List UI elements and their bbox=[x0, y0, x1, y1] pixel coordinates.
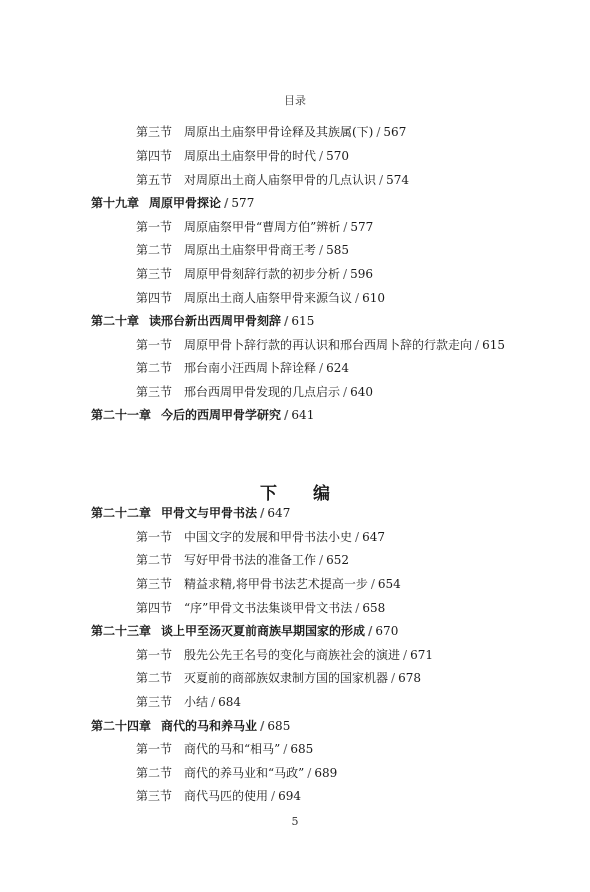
entry-separator: / bbox=[343, 385, 347, 399]
entry-page-number: 671 bbox=[410, 648, 433, 662]
entry-separator: / bbox=[355, 291, 359, 305]
entry-title: 周原庙祭甲骨“曹周方伯”辨析 bbox=[184, 220, 340, 234]
part-title: 下编 bbox=[0, 479, 590, 504]
toc-section-entry: 第二节灭夏前的商部族奴隶制方国的国家机器/678 bbox=[136, 670, 421, 686]
entry-separator: / bbox=[379, 173, 383, 187]
entry-separator: / bbox=[271, 789, 275, 803]
entry-label: 第二节 bbox=[136, 765, 184, 781]
entry-page-number: 585 bbox=[326, 243, 349, 257]
entry-page-number: 670 bbox=[375, 624, 398, 638]
entry-title: 商代马匹的使用 bbox=[184, 789, 268, 803]
entry-separator: / bbox=[319, 149, 323, 163]
entry-page-number: 647 bbox=[362, 530, 385, 544]
entry-title: 商代的马和养马业 bbox=[161, 719, 257, 733]
entry-title: 周原出土商人庙祭甲骨来源刍议 bbox=[184, 291, 352, 305]
entry-title: 今后的西周甲骨学研究 bbox=[161, 408, 281, 422]
entry-page-number: 652 bbox=[326, 553, 349, 567]
entry-page-number: 596 bbox=[350, 267, 373, 281]
entry-title: 精益求精,将甲骨书法艺术提高一步 bbox=[184, 577, 368, 591]
toc-section-entry: 第一节中国文字的发展和甲骨书法小史/647 bbox=[136, 529, 385, 545]
toc-section-entry: 第一节商代的马和“相马”/685 bbox=[136, 741, 313, 757]
entry-label: 第二十章 bbox=[91, 313, 139, 329]
entry-separator: / bbox=[355, 601, 359, 615]
toc-section-entry: 第三节小结/684 bbox=[136, 694, 241, 710]
entry-title: 周原出土庙祭甲骨诠释及其族属(下) bbox=[184, 125, 373, 139]
entry-page-number: 610 bbox=[362, 291, 385, 305]
toc-section-entry: 第二节商代的养马业和“马政”/689 bbox=[136, 765, 337, 781]
entry-title: 谈上甲至汤灭夏前商族早期国家的形成 bbox=[161, 624, 365, 638]
toc-chapter-entry: 第二十四章商代的马和养马业/685 bbox=[91, 718, 290, 734]
entry-label: 第二节 bbox=[136, 670, 184, 686]
entry-label: 第一节 bbox=[136, 647, 184, 663]
entry-page-number: 615 bbox=[291, 314, 314, 328]
toc-section-entry: 第三节周原甲骨刻辞行款的初步分析/596 bbox=[136, 266, 373, 282]
entry-page-number: 567 bbox=[383, 125, 406, 139]
entry-page-number: 570 bbox=[326, 149, 349, 163]
entry-separator: / bbox=[343, 267, 347, 281]
entry-label: 第一节 bbox=[136, 219, 184, 235]
entry-label: 第二十二章 bbox=[91, 505, 151, 521]
entry-label: 第一节 bbox=[136, 741, 184, 757]
entry-page-number: 678 bbox=[398, 671, 421, 685]
entry-title: 小结 bbox=[184, 695, 208, 709]
entry-label: 第四节 bbox=[136, 290, 184, 306]
toc-section-entry: 第四节周原出土庙祭甲骨的时代/570 bbox=[136, 148, 349, 164]
toc-chapter-entry: 第二十三章谈上甲至汤灭夏前商族早期国家的形成/670 bbox=[91, 623, 398, 639]
toc-section-entry: 第三节精益求精,将甲骨书法艺术提高一步/654 bbox=[136, 576, 401, 592]
entry-label: 第三节 bbox=[136, 124, 184, 140]
entry-label: 第二节 bbox=[136, 242, 184, 258]
entry-page-number: 654 bbox=[378, 577, 401, 591]
toc-chapter-entry: 第十九章周原甲骨探论/577 bbox=[91, 195, 254, 211]
entry-separator: / bbox=[211, 695, 215, 709]
entry-separator: / bbox=[376, 125, 380, 139]
entry-separator: / bbox=[283, 742, 287, 756]
entry-title: 读邢台新出西周甲骨刻辞 bbox=[149, 314, 281, 328]
toc-section-entry: 第二节周原出土庙祭甲骨商王考/585 bbox=[136, 242, 349, 258]
entry-title: 甲骨文与甲骨书法 bbox=[161, 506, 257, 520]
entry-label: 第四节 bbox=[136, 600, 184, 616]
toc-section-entry: 第五节对周原出土商人庙祭甲骨的几点认识/574 bbox=[136, 172, 409, 188]
entry-title: 周原出土庙祭甲骨的时代 bbox=[184, 149, 316, 163]
toc-section-entry: 第三节商代马匹的使用/694 bbox=[136, 788, 301, 804]
entry-title: 商代的马和“相马” bbox=[184, 742, 280, 756]
toc-section-entry: 第三节周原出土庙祭甲骨诠释及其族属(下)/567 bbox=[136, 124, 406, 140]
entry-separator: / bbox=[403, 648, 407, 662]
entry-separator: / bbox=[284, 314, 288, 328]
entry-page-number: 577 bbox=[350, 220, 373, 234]
entry-label: 第十九章 bbox=[91, 195, 139, 211]
entry-separator: / bbox=[355, 530, 359, 544]
entry-page-number: 641 bbox=[291, 408, 314, 422]
running-head: 目录 bbox=[0, 92, 590, 108]
entry-title: 对周原出土商人庙祭甲骨的几点认识 bbox=[184, 173, 376, 187]
entry-page-number: 694 bbox=[278, 789, 301, 803]
entry-title: “序”甲骨文书法集谈甲骨文书法 bbox=[184, 601, 352, 615]
part-title-left: 下 bbox=[260, 479, 277, 504]
page-number: 5 bbox=[0, 815, 590, 828]
entry-title: 中国文字的发展和甲骨书法小史 bbox=[184, 530, 352, 544]
entry-label: 第二节 bbox=[136, 360, 184, 376]
entry-title: 商代的养马业和“马政” bbox=[184, 766, 304, 780]
toc-section-entry: 第二节邢台南小汪西周卜辞诠释/624 bbox=[136, 360, 349, 376]
entry-label: 第二节 bbox=[136, 552, 184, 568]
entry-page-number: 689 bbox=[314, 766, 337, 780]
entry-label: 第一节 bbox=[136, 529, 184, 545]
entry-page-number: 577 bbox=[231, 196, 254, 210]
entry-title: 灭夏前的商部族奴隶制方国的国家机器 bbox=[184, 671, 388, 685]
toc-section-entry: 第四节“序”甲骨文书法集谈甲骨文书法/658 bbox=[136, 600, 385, 616]
toc-chapter-entry: 第二十二章甲骨文与甲骨书法/647 bbox=[91, 505, 290, 521]
entry-label: 第三节 bbox=[136, 576, 184, 592]
entry-title: 周原甲骨卜辞行款的再认识和邢台西周卜辞的行款走向 bbox=[184, 338, 472, 352]
entry-title: 周原出土庙祭甲骨商王考 bbox=[184, 243, 316, 257]
entry-separator: / bbox=[260, 506, 264, 520]
toc-section-entry: 第三节邢台西周甲骨发现的几点启示/640 bbox=[136, 384, 373, 400]
entry-separator: / bbox=[260, 719, 264, 733]
entry-label: 第五节 bbox=[136, 172, 184, 188]
entry-page-number: 640 bbox=[350, 385, 373, 399]
entry-page-number: 658 bbox=[362, 601, 385, 615]
entry-title: 写好甲骨书法的准备工作 bbox=[184, 553, 316, 567]
entry-page-number: 647 bbox=[267, 506, 290, 520]
entry-separator: / bbox=[284, 408, 288, 422]
toc-section-entry: 第二节写好甲骨书法的准备工作/652 bbox=[136, 552, 349, 568]
entry-label: 第四节 bbox=[136, 148, 184, 164]
entry-separator: / bbox=[307, 766, 311, 780]
entry-label: 第三节 bbox=[136, 384, 184, 400]
entry-title: 殷先公先王名号的变化与商族社会的演进 bbox=[184, 648, 400, 662]
entry-separator: / bbox=[371, 577, 375, 591]
entry-label: 第二十一章 bbox=[91, 407, 151, 423]
entry-separator: / bbox=[368, 624, 372, 638]
entry-page-number: 574 bbox=[386, 173, 409, 187]
entry-separator: / bbox=[319, 553, 323, 567]
entry-page-number: 624 bbox=[326, 361, 349, 375]
entry-separator: / bbox=[343, 220, 347, 234]
entry-separator: / bbox=[224, 196, 228, 210]
entry-title: 邢台南小汪西周卜辞诠释 bbox=[184, 361, 316, 375]
toc-chapter-entry: 第二十章读邢台新出西周甲骨刻辞/615 bbox=[91, 313, 314, 329]
entry-label: 第三节 bbox=[136, 694, 184, 710]
entry-label: 第二十四章 bbox=[91, 718, 151, 734]
entry-separator: / bbox=[319, 361, 323, 375]
entry-label: 第三节 bbox=[136, 788, 184, 804]
toc-section-entry: 第一节周原庙祭甲骨“曹周方伯”辨析/577 bbox=[136, 219, 373, 235]
entry-page-number: 615 bbox=[482, 338, 505, 352]
entry-page-number: 685 bbox=[267, 719, 290, 733]
entry-label: 第一节 bbox=[136, 337, 184, 353]
entry-title: 周原甲骨刻辞行款的初步分析 bbox=[184, 267, 340, 281]
entry-separator: / bbox=[391, 671, 395, 685]
toc-section-entry: 第一节周原甲骨卜辞行款的再认识和邢台西周卜辞的行款走向/615 bbox=[136, 337, 505, 353]
entry-title: 周原甲骨探论 bbox=[149, 196, 221, 210]
entry-separator: / bbox=[475, 338, 479, 352]
toc-section-entry: 第一节殷先公先王名号的变化与商族社会的演进/671 bbox=[136, 647, 433, 663]
entry-label: 第二十三章 bbox=[91, 623, 151, 639]
entry-label: 第三节 bbox=[136, 266, 184, 282]
toc-chapter-entry: 第二十一章今后的西周甲骨学研究/641 bbox=[91, 407, 314, 423]
entry-page-number: 685 bbox=[290, 742, 313, 756]
toc-section-entry: 第四节周原出土商人庙祭甲骨来源刍议/610 bbox=[136, 290, 385, 306]
part-title-right: 编 bbox=[313, 479, 330, 504]
entry-title: 邢台西周甲骨发现的几点启示 bbox=[184, 385, 340, 399]
entry-page-number: 684 bbox=[218, 695, 241, 709]
entry-separator: / bbox=[319, 243, 323, 257]
